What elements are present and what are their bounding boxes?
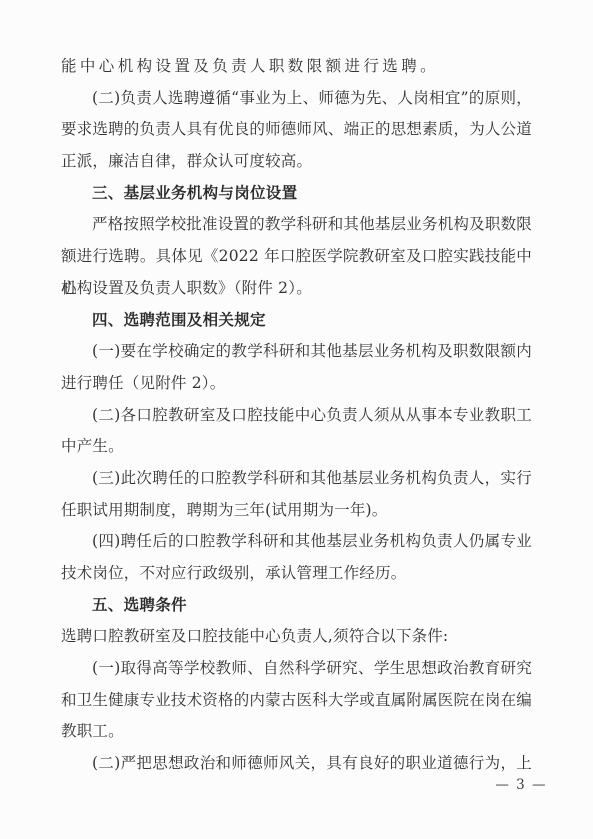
section-heading-4: 四、选聘范围及相关规定 bbox=[61, 305, 532, 337]
body-line: 技术岗位，不对应行政级别，承认管理工作经历。 bbox=[61, 558, 532, 590]
body-line: 要求选聘的负责人具有优良的师德师风、端正的思想素质，为人公道 bbox=[61, 114, 532, 146]
body-line: 选聘口腔教研室及口腔技能中心负责人,须符合以下条件: bbox=[61, 621, 532, 653]
body-line: (二)各口腔教研室及口腔技能中心负责人须从从事本专业教职工 bbox=[61, 400, 532, 432]
body-line: 严格按照学校批准设置的教学科研和其他基层业务机构及职数限 bbox=[61, 209, 532, 241]
body-line: 教职工。 bbox=[61, 716, 532, 748]
body-line: 中产生。 bbox=[61, 431, 532, 463]
body-line: 正派，廉洁自律，群众认可度较高。 bbox=[61, 146, 532, 178]
body-line: 额进行选聘。具体见《2022 年口腔医学院教研室及口腔实践技能中心 bbox=[61, 241, 532, 273]
body-line: 能中心机构设置及负责人职数限额进行选聘。 bbox=[61, 51, 532, 83]
body-line: (三)此次聘任的口腔教学科研和其他基层业务机构负责人，实行 bbox=[61, 463, 532, 495]
body-line: 和卫生健康专业技术资格的内蒙古医科大学或直属附属医院在岗在编 bbox=[61, 685, 532, 717]
body-line: 机构设置及负责人职数》（附件 2）。 bbox=[61, 273, 532, 305]
section-heading-3: 三、基层业务机构与岗位设置 bbox=[61, 178, 532, 210]
section-heading-5: 五、选聘条件 bbox=[61, 590, 532, 622]
body-line: (四)聘任后的口腔教学科研和其他基层业务机构负责人仍属专业 bbox=[61, 526, 532, 558]
body-line: (一)要在学校确定的教学科研和其他基层业务机构及职数限额内 bbox=[61, 336, 532, 368]
document-page: 能中心机构设置及负责人职数限额进行选聘。 (二)负责人选聘遵循“事业为上、师德为… bbox=[0, 0, 593, 839]
body-line: (二)严把思想政治和师德师风关，具有良好的职业道德行为，上 bbox=[61, 748, 532, 780]
document-text-block: 能中心机构设置及负责人职数限额进行选聘。 (二)负责人选聘遵循“事业为上、师德为… bbox=[61, 51, 532, 780]
body-line: (一)取得高等学校教师、自然科学研究、学生思想政治教育研究 bbox=[61, 653, 532, 685]
body-line: 进行聘任（见附件 2）。 bbox=[61, 368, 532, 400]
body-line: 任职试用期制度，聘期为三年(试用期为一年)。 bbox=[61, 495, 532, 527]
page-number: — 3 — bbox=[495, 777, 547, 793]
body-line: (二)负责人选聘遵循“事业为上、师德为先、人岗相宜”的原则， bbox=[61, 83, 532, 115]
